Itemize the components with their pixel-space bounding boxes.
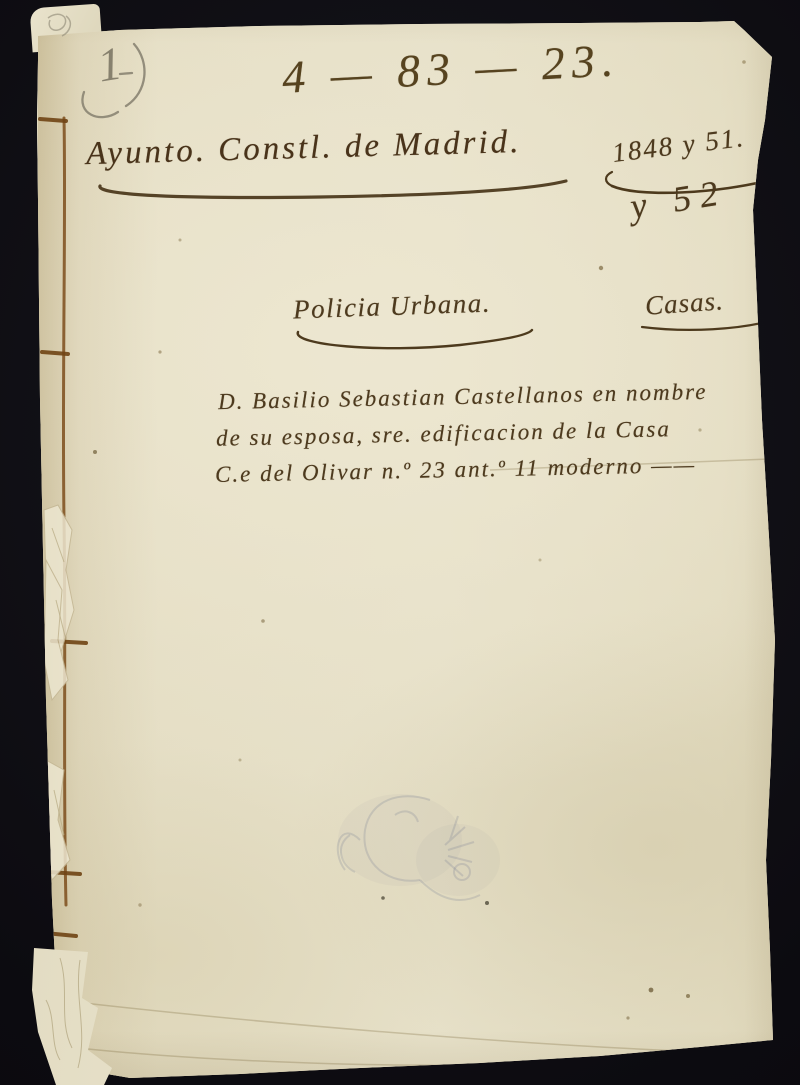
subject-category: Casas. xyxy=(644,285,725,321)
manuscript-page: 4 — 83 — 23. 1 Ayunto. Constl. de Madrid… xyxy=(0,0,800,1085)
scanned-document-photo: 4 — 83 — 23. 1 Ayunto. Constl. de Madrid… xyxy=(0,0,800,1085)
paper-creases xyxy=(60,459,770,1065)
torn-paper-patches xyxy=(44,505,74,880)
binding-fold-line xyxy=(63,118,66,905)
watermark xyxy=(338,794,500,900)
